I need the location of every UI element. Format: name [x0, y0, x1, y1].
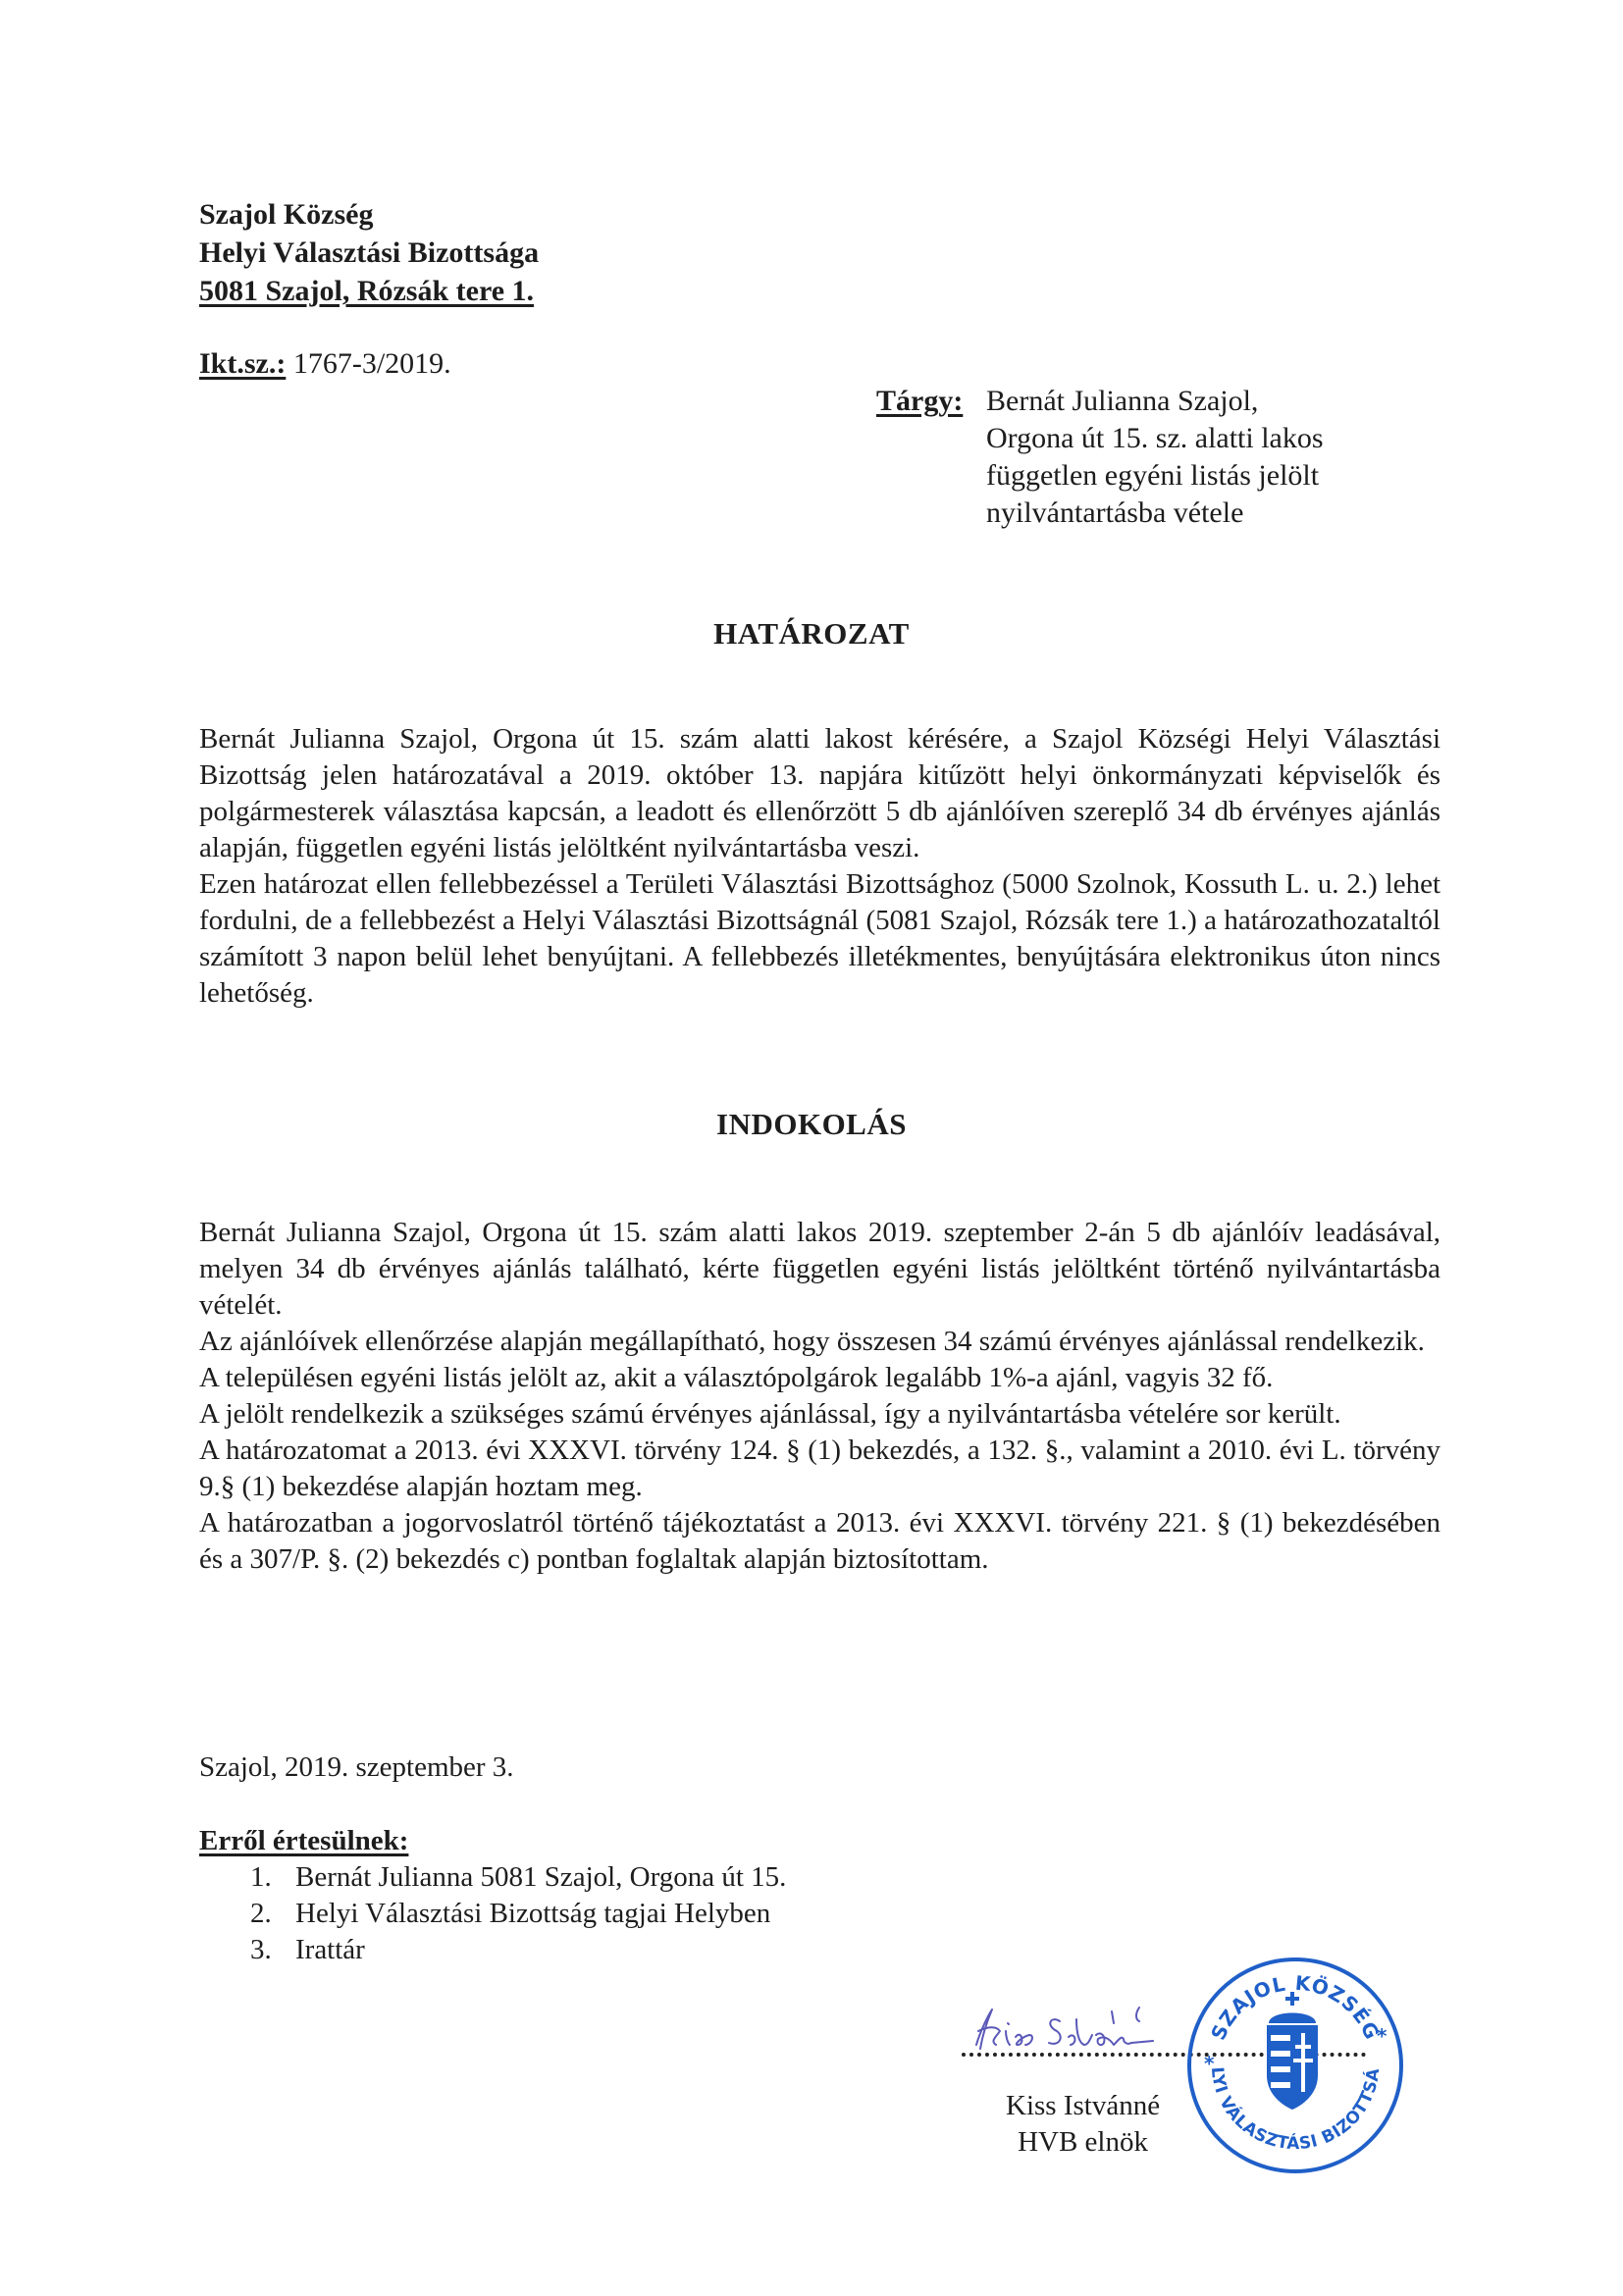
list-item: 2.Helyi Választási Bizottság tagjai Hely…	[250, 1896, 786, 1932]
subject-block: Tárgy: Bernát Julianna Szajol, Orgona út…	[876, 383, 1324, 532]
reasoning-paragraph: A határozatban a jogorvoslatról történő …	[199, 1505, 1440, 1578]
reasoning-paragraph: A jelölt rendelkezik a szükséges számú é…	[199, 1396, 1440, 1433]
reference-number: Ikt.sz.: 1767-3/2019.	[199, 345, 451, 382]
appeal-paragraph: Ezen határozat ellen fellebbezéssel a Te…	[199, 866, 1440, 1012]
reasoning-body: Bernát Julianna Szajol, Orgona út 15. sz…	[199, 1215, 1440, 1578]
issuer-name: Szajol Község	[199, 195, 539, 234]
issuer-header: Szajol Község Helyi Választási Bizottság…	[199, 195, 539, 310]
subject-line: Orgona út 15. sz. alatti lakos	[876, 420, 1324, 457]
subject-line: nyilvántartásba vétele	[876, 495, 1324, 532]
document-page: Szajol Község Helyi Választási Bizottság…	[0, 0, 1623, 2296]
notify-heading: Erről értesülnek:	[199, 1823, 408, 1859]
reasoning-paragraph: A határozatomat a 2013. évi XXXVI. törvé…	[199, 1433, 1440, 1505]
list-item: 3.Irattár	[250, 1932, 786, 1968]
svg-text:*: *	[1377, 2024, 1387, 2048]
reasoning-paragraph: Bernát Julianna Szajol, Orgona út 15. sz…	[199, 1215, 1440, 1324]
notify-list: 1.Bernát Julianna 5081 Szajol, Orgona út…	[250, 1859, 786, 1968]
coat-of-arms-icon	[1267, 1992, 1318, 2110]
subject-label: Tárgy:	[876, 385, 963, 417]
signer-name: Kiss Istvánné	[1006, 2088, 1160, 2124]
signer-role: HVB elnök	[1006, 2124, 1160, 2161]
issuer-address: 5081 Szajol, Rózsák tere 1.	[199, 272, 539, 310]
subject-line: Bernát Julianna Szajol,	[986, 383, 1258, 420]
reasoning-paragraph: Az ajánlóívek ellenőrzése alapján megáll…	[199, 1324, 1440, 1360]
reference-value: 1767-3/2019.	[286, 347, 450, 380]
decision-title: HATÁROZAT	[0, 615, 1623, 652]
list-item: 1.Bernát Julianna 5081 Szajol, Orgona út…	[250, 1859, 786, 1896]
reasoning-paragraph: A településen egyéni listás jelölt az, a…	[199, 1360, 1440, 1396]
official-stamp: SZAJOL KÖZSÉG HELYI VÁLASZTÁSI BIZOTTSÁG…	[1182, 1953, 1408, 2188]
issuer-committee: Helyi Választási Bizottsága	[199, 234, 539, 272]
decision-body: Bernát Julianna Szajol, Orgona út 15. sz…	[199, 721, 1440, 1012]
subject-line: független egyéni listás jelölt	[876, 457, 1324, 495]
signer-block: Kiss Istvánné HVB elnök	[1006, 2088, 1160, 2161]
reference-label: Ikt.sz.:	[199, 347, 286, 380]
reasoning-title: INDOKOLÁS	[0, 1106, 1623, 1142]
decision-paragraph: Bernát Julianna Szajol, Orgona út 15. sz…	[199, 721, 1440, 866]
svg-text:*: *	[1204, 2052, 1215, 2075]
document-date: Szajol, 2019. szeptember 3.	[199, 1749, 514, 1786]
